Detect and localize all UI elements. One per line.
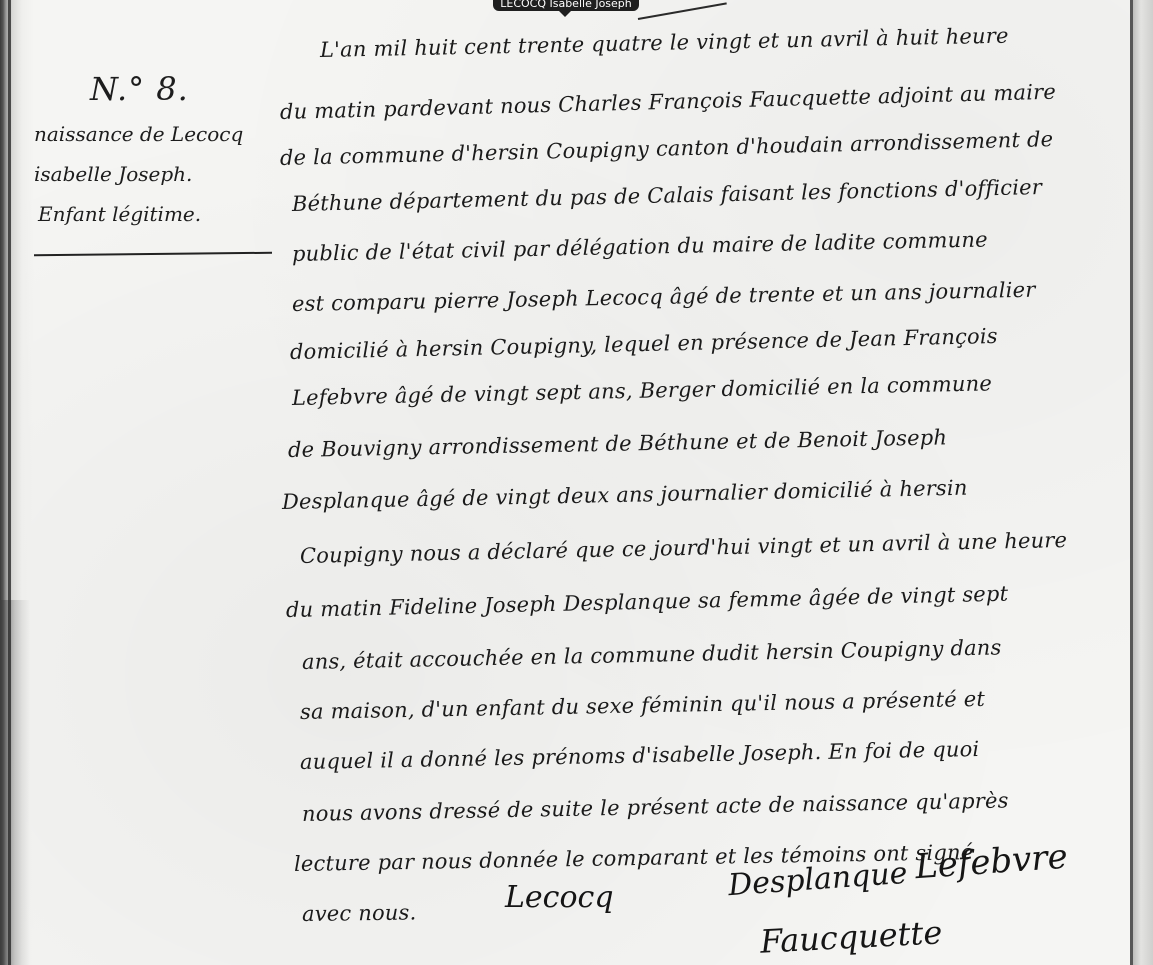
record-line: est comparu pierre Joseph Lecocq âgé de … [292, 278, 1036, 316]
record-line: du matin pardevant nous Charles François… [280, 80, 1057, 124]
record-line: de la commune d'hersin Coupigny canton d… [280, 127, 1054, 170]
record-line: ans, était accouchée en la commune dudit… [302, 635, 1002, 674]
record-line: L'an mil huit cent trente quatre le ving… [320, 24, 1009, 62]
record-line: sa maison, d'un enfant du sexe féminin q… [300, 687, 985, 724]
margin-line-legitimacy: Enfant légitime. [38, 202, 201, 226]
record-line: Coupigny nous a déclaré que ce jourd'hui… [300, 528, 1068, 568]
record-line: Desplanque âgé de vingt deux ans journal… [282, 476, 968, 514]
margin-line-birth-of: naissance de Lecocq [34, 122, 243, 146]
document-scan: N.° 8. naissance de Lecocq isabelle Jose… [0, 0, 1153, 965]
record-line: avec nous. [302, 900, 417, 926]
page-binding-left [0, 0, 34, 965]
margin-line-child-name: isabelle Joseph. [34, 162, 192, 186]
name-tooltip: LECOCQ Isabelle Joseph [493, 0, 639, 11]
record-line: Lefebvre âgé de vingt sept ans, Berger d… [292, 371, 992, 410]
pen-stroke [638, 2, 727, 20]
record-line: Béthune département du pas de Calais fai… [292, 175, 1043, 216]
margin-separator [34, 252, 272, 258]
record-line: public de l'état civil par délégation du… [292, 227, 988, 266]
entry-number: N.° 8. [90, 70, 189, 108]
record-line: du matin Fideline Joseph Desplanque sa f… [286, 582, 1009, 622]
page-edge-right [1133, 0, 1153, 965]
record-line: auquel il a donné les prénoms d'isabelle… [300, 737, 980, 774]
signature-father: Lecocq [505, 880, 614, 915]
record-line: de Bouvigny arrondissement de Béthune et… [288, 425, 948, 462]
signature-officer: Faucquette [759, 913, 943, 960]
record-line: nous avons dressé de suite le présent ac… [302, 788, 1009, 826]
record-line: domicilié à hersin Coupigny, lequel en p… [290, 324, 998, 364]
